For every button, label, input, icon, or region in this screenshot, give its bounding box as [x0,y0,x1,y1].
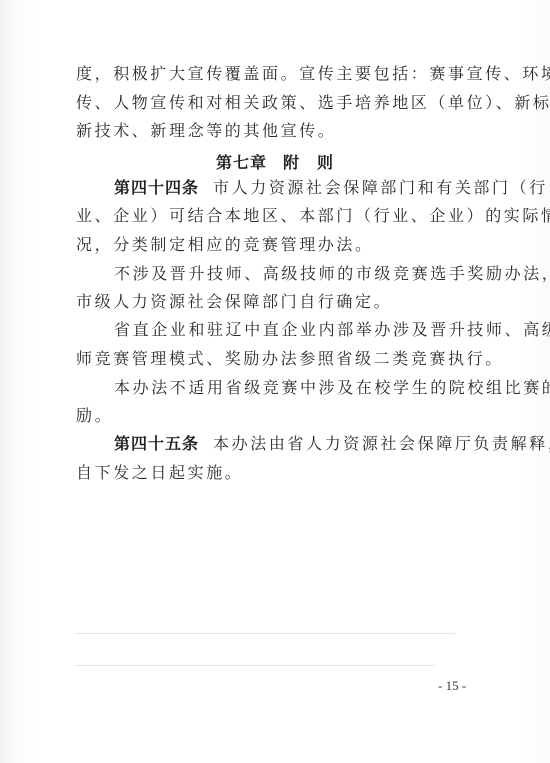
text-line: 新技术、新理念等的其他宣传。 [76,121,486,141]
page-number: - 15 - [438,678,466,694]
text-line: 度，积极扩大宣传覆盖面。宣传主要包括：赛事宣传、环境宣 [76,64,486,84]
text-line: 况，分类制定相应的竞赛管理办法。 [76,235,486,255]
text-line: 传、人物宣传和对相关政策、选手培养地区（单位）、新标准、 [76,93,486,113]
chapter-number: 第七章 [216,153,267,172]
text-line: 本办法不适用省级竞赛中涉及在校学生的院校组比赛的奖 [114,378,524,398]
document-page: 度，积极扩大宣传覆盖面。宣传主要包括：赛事宣传、环境宣 传、人物宣传和对相关政策… [0,0,550,763]
chapter-title: 附 则 [283,153,334,172]
chapter-heading: 第七章附 则 [0,150,550,173]
text-line: 励。 [76,406,486,426]
text-line: 省直企业和驻辽中直企业内部举办涉及晋升技师、高级技 [114,320,524,340]
text-line: 自下发之日起实施。 [76,463,486,483]
article-number: 第四十四条 [114,178,199,197]
text-line: 市级人力资源社会保障部门自行确定。 [76,292,486,312]
bleed-through-rule [75,665,435,666]
article-44: 第四十四条市人力资源社会保障部门和有关部门（行 [114,178,524,198]
article-45: 第四十五条本办法由省人力资源社会保障厅负责解释， [114,434,524,454]
article-text: 本办法由省人力资源社会保障厅负责解释， [213,434,550,453]
text-line: 师竞赛管理模式、奖励办法参照省级二类竞赛执行。 [76,349,486,369]
article-number: 第四十五条 [114,434,199,453]
text-line: 业、企业）可结合本地区、本部门（行业、企业）的实际情 [76,206,486,226]
bleed-through-rule [75,633,455,634]
article-text: 市人力资源社会保障部门和有关部门（行 [213,178,548,197]
text-line: 不涉及晋升技师、高级技师的市级竞赛选手奖励办法，由 [114,264,524,284]
